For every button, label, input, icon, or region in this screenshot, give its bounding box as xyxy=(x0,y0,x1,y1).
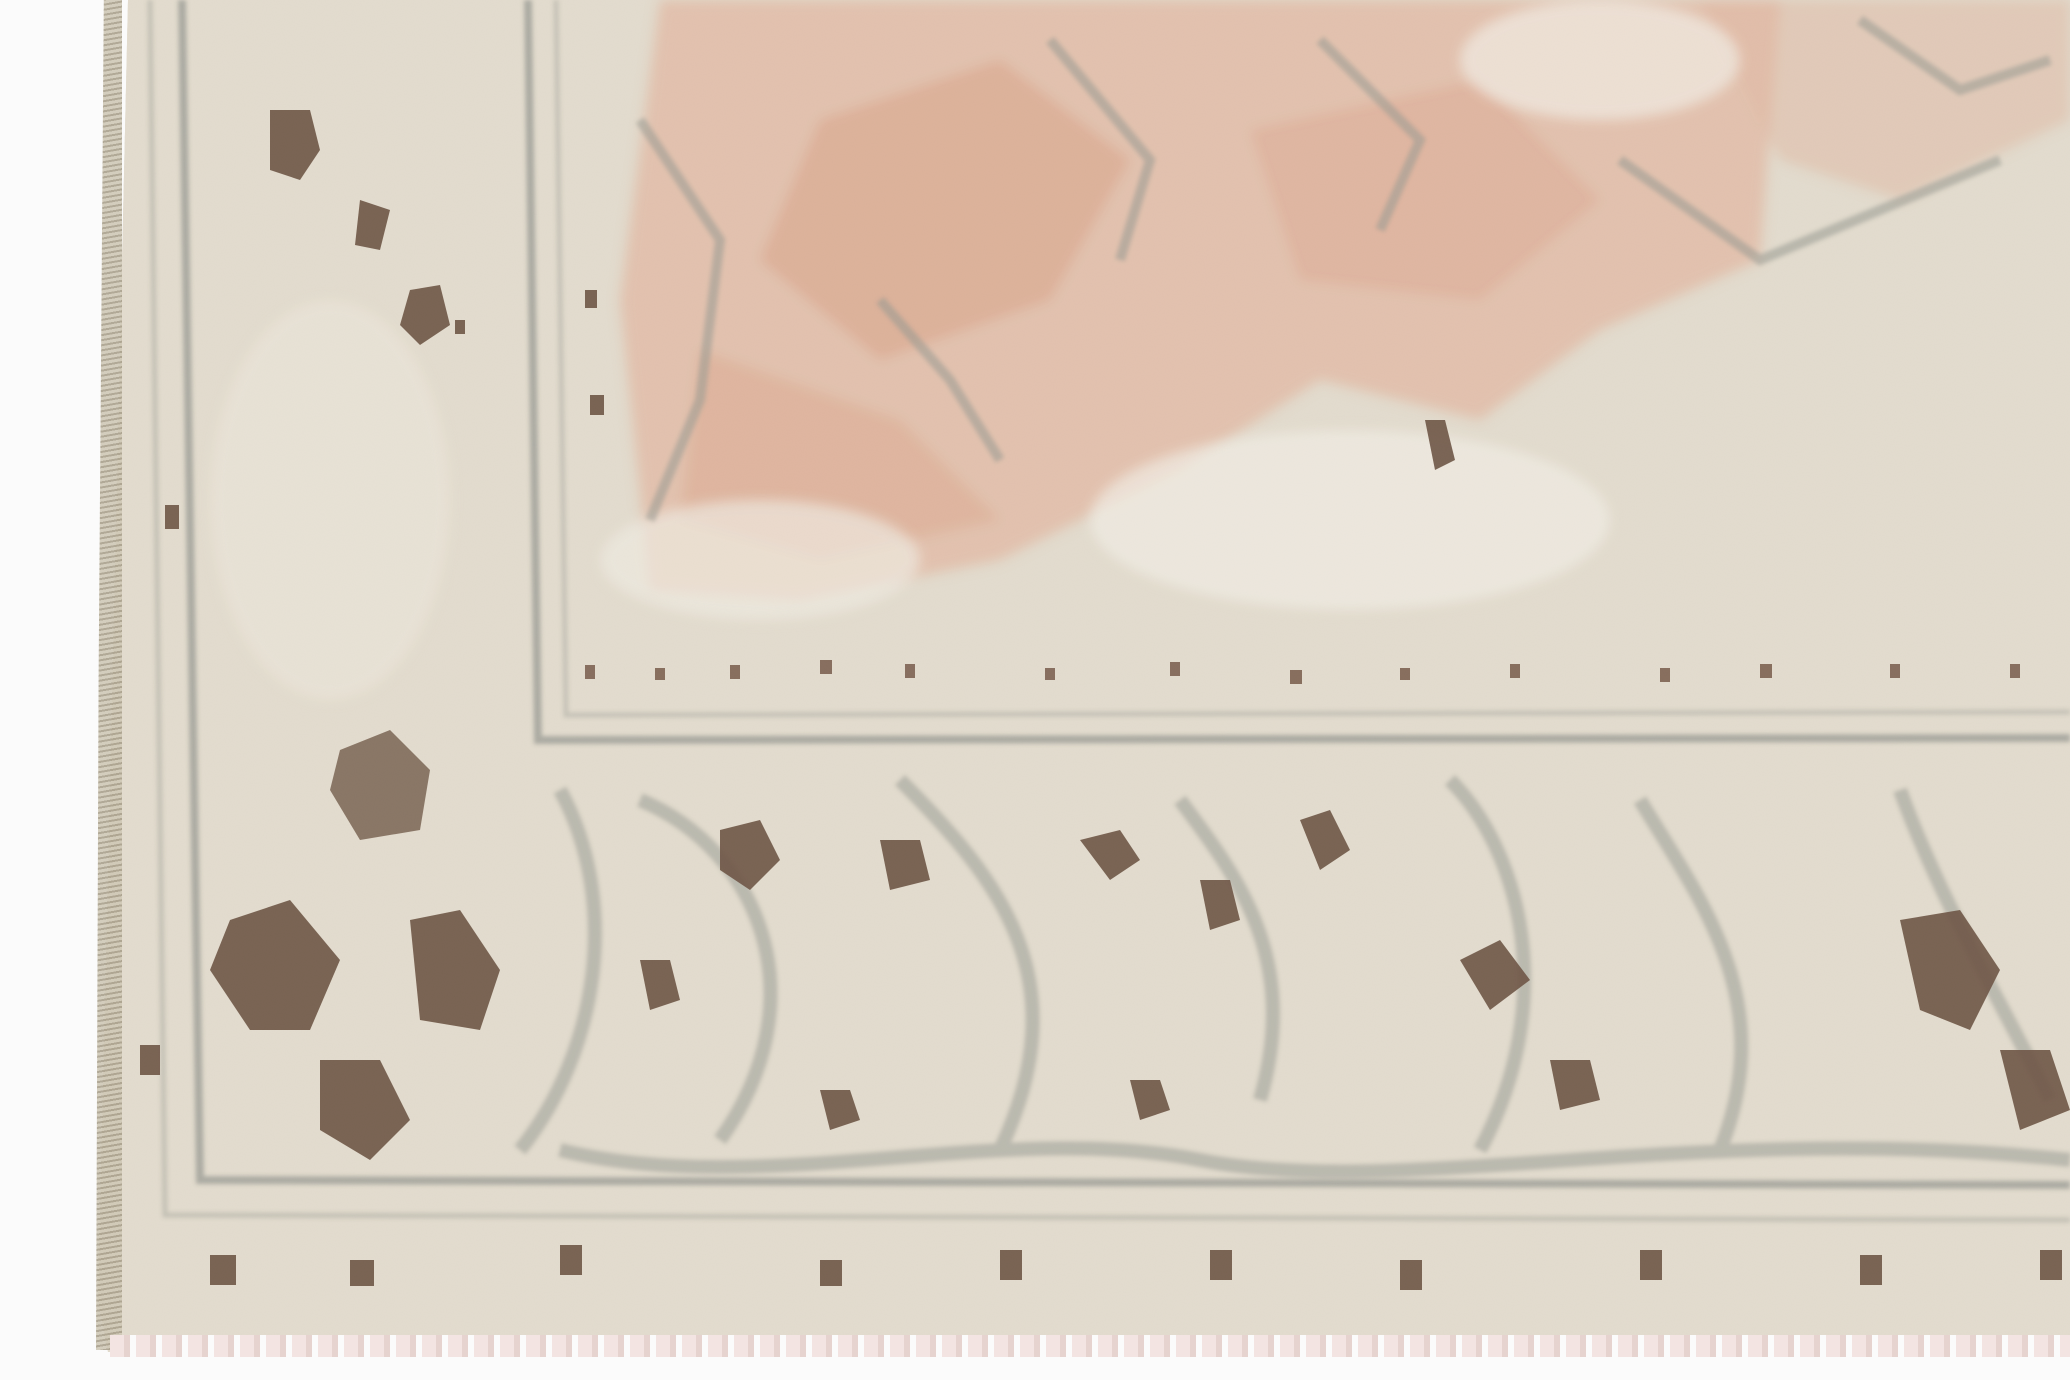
rug-pattern xyxy=(0,0,2070,1380)
rug-photograph xyxy=(0,0,2070,1380)
rug-bottom-fringe xyxy=(110,1335,2070,1357)
rug-side-overcast xyxy=(96,0,122,1350)
rug-surface xyxy=(0,0,2070,1380)
